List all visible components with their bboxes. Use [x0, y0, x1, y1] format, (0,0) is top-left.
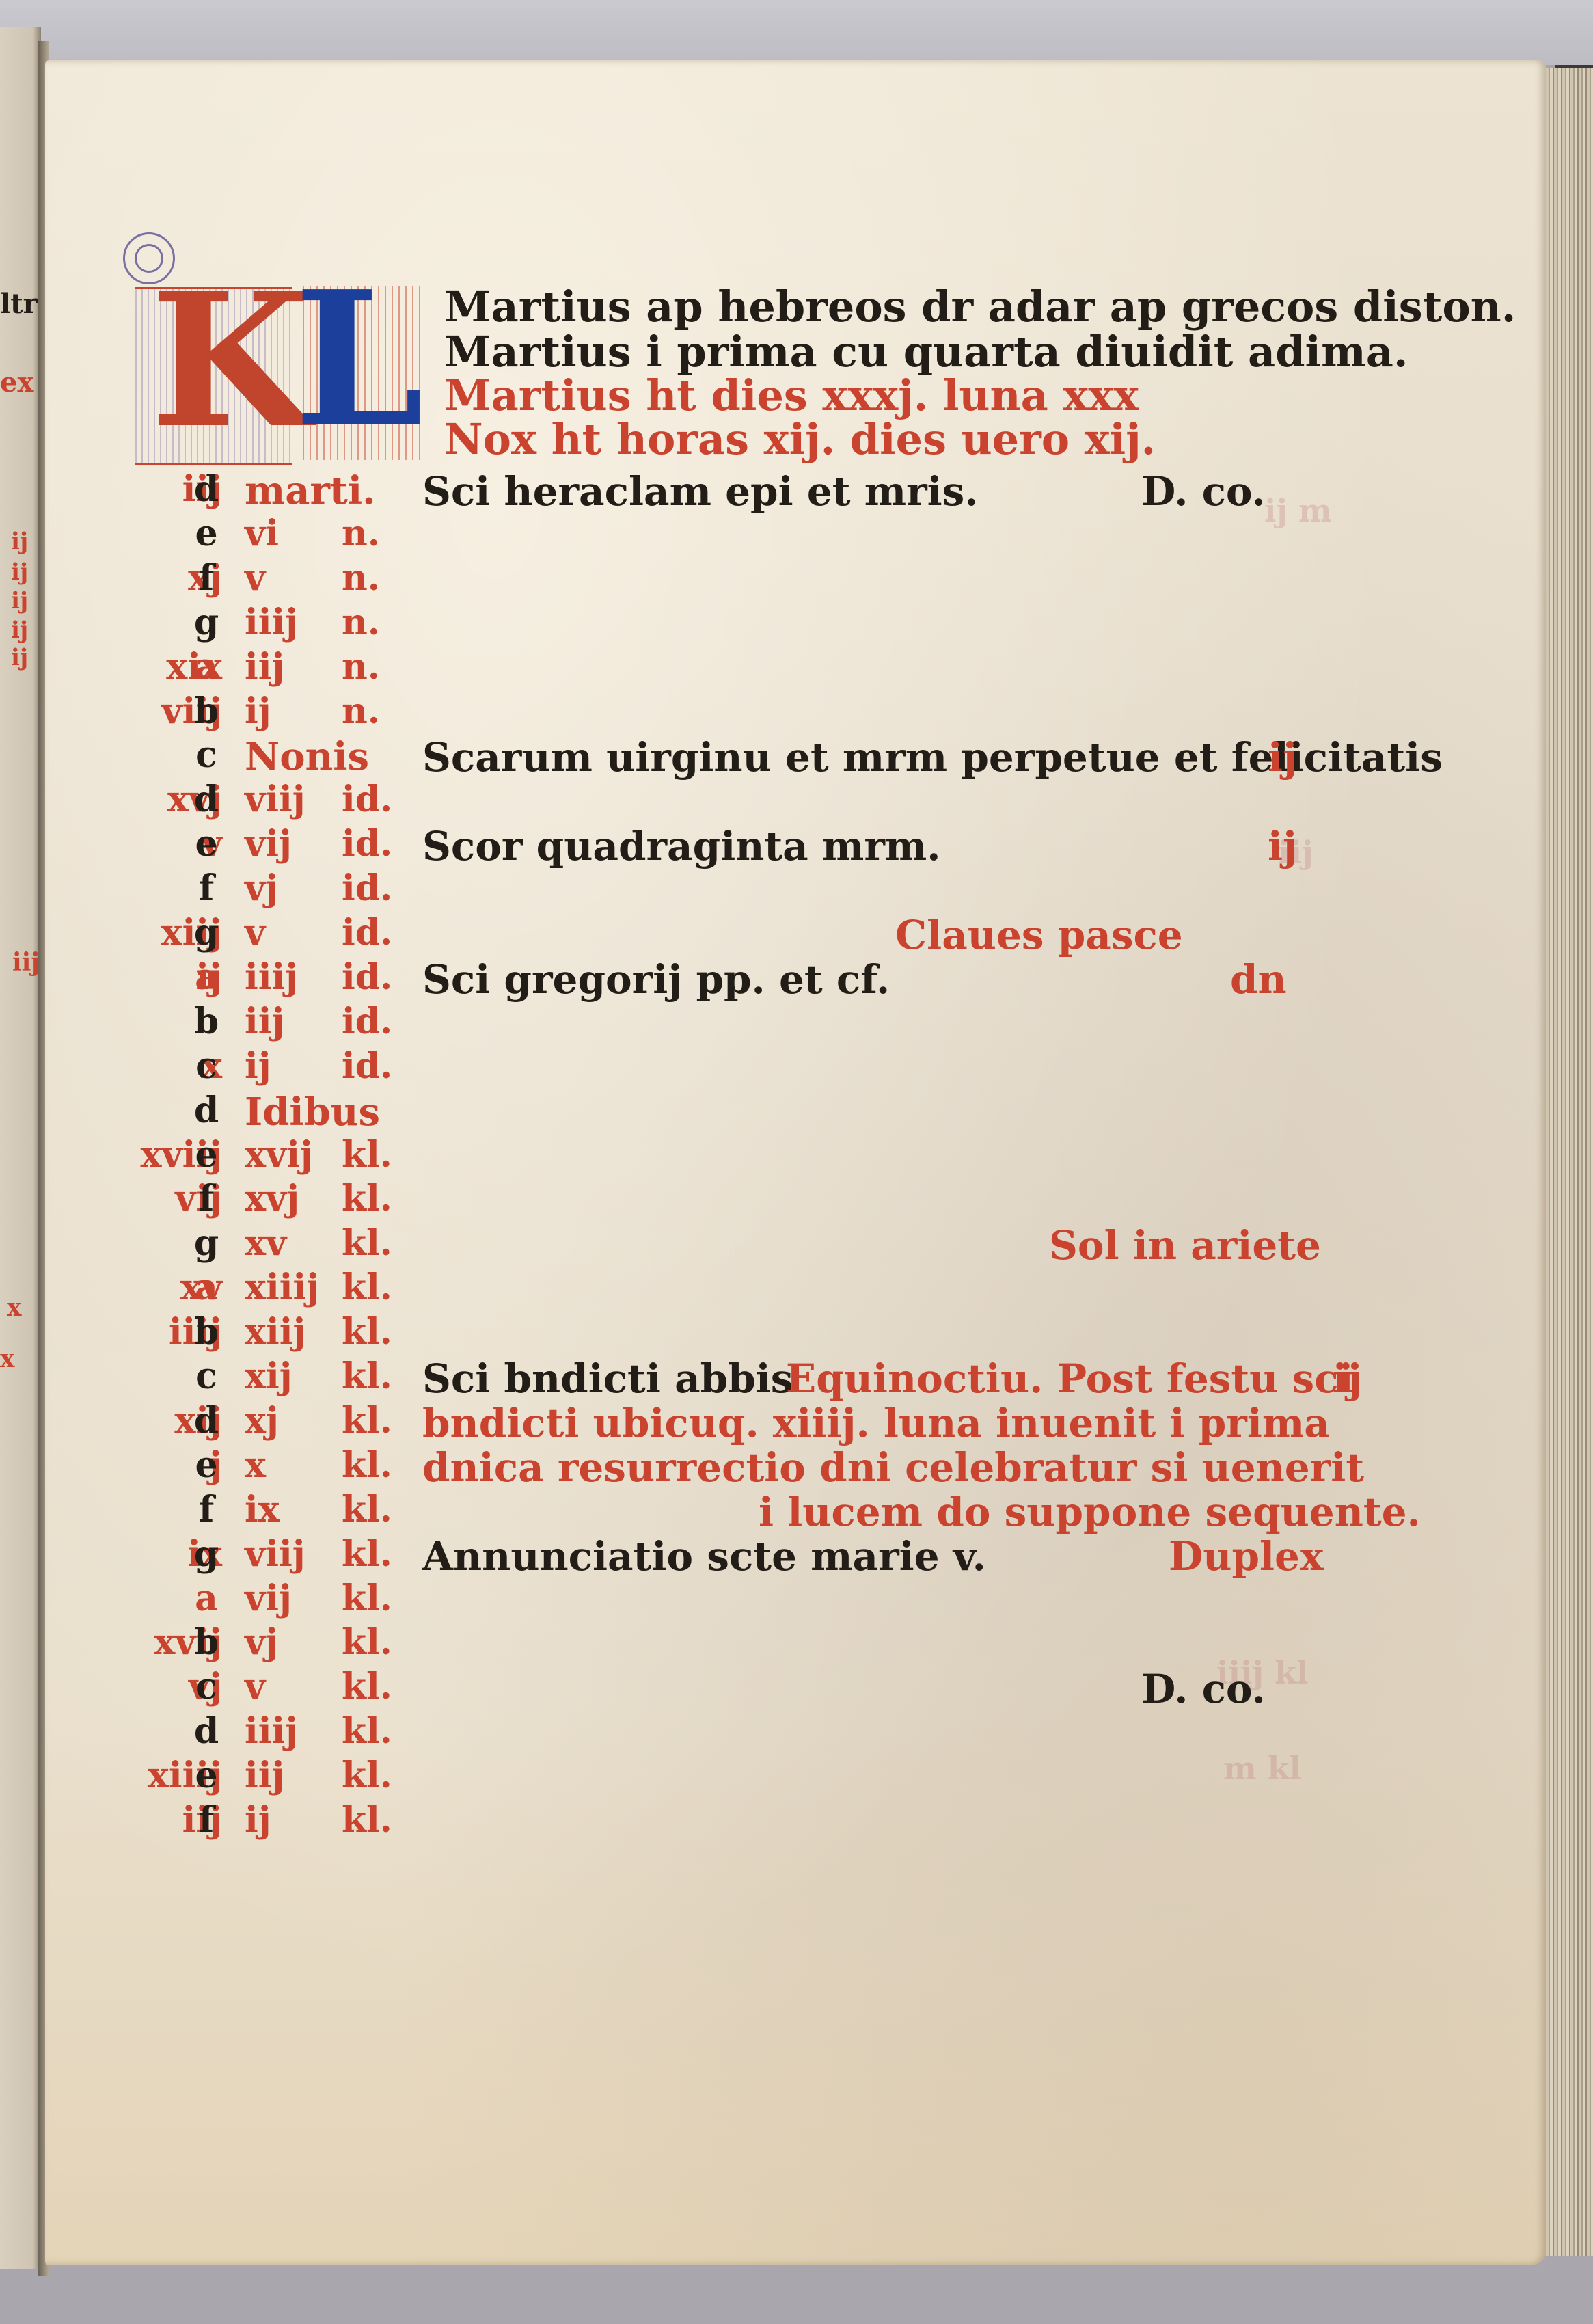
header-line-hebrew-greek: Martius ap hebreos dr adar ap grecos dis…: [444, 286, 1516, 328]
day-suffix: n.: [342, 516, 380, 552]
calendar-row: ixgviijkl.Annunciatio scte marie v.Duple…: [0, 1537, 1593, 1578]
roman-day: xj: [245, 1403, 279, 1439]
dominical-letter: f: [193, 871, 220, 906]
roman-day: xiiij: [245, 1270, 319, 1306]
roman-day: iij: [245, 1004, 284, 1040]
roman-day: viij: [245, 1537, 305, 1572]
rubric-annotation: Equinoctiu. Post festu sci: [786, 1359, 1354, 1399]
rubric-annotation: ij: [1268, 826, 1297, 866]
calendar-row: biijid.: [0, 1004, 1593, 1045]
rubric-annotation: Sol in ariete: [1049, 1226, 1321, 1265]
day-suffix: kl.: [342, 1537, 392, 1572]
calendar-row: gxvkl.Sol in ariete: [0, 1226, 1593, 1267]
day-suffix: kl.: [342, 1137, 392, 1173]
roman-day: ij: [245, 694, 271, 729]
day-suffix: id.: [342, 826, 392, 862]
calendar-row: giiijn.: [0, 605, 1593, 646]
dominical-letter: c: [193, 738, 220, 773]
photo-backdrop-top: [0, 0, 1593, 65]
day-suffix: n.: [342, 694, 380, 729]
initial-letter-k: K: [150, 268, 311, 452]
calendar-row: fvjid.: [0, 871, 1593, 912]
dominical-letter: g: [193, 605, 220, 640]
feast-entry: Sci heraclam epi et mris.: [422, 472, 979, 511]
calendar-row: iijdmarti.Sci heraclam epi et mris.D. co…: [0, 472, 1593, 513]
calendar-row: ijaiiijid.Sci gregorij pp. et cf.dn: [0, 960, 1593, 1001]
roman-day: ix: [245, 1492, 280, 1528]
roman-day: iij: [245, 1758, 284, 1794]
roman-day: vj: [245, 871, 278, 906]
day-suffix: kl.: [342, 1181, 392, 1217]
calendar-row: dIdibus: [0, 1093, 1593, 1134]
dominical-letter: a: [193, 1270, 220, 1306]
feast-entry: Annunciatio scte marie v.: [422, 1537, 986, 1576]
day-suffix: kl.: [342, 1359, 392, 1394]
calendar-row: xijdxjkl.bndicti ubicuq. xiiij. luna inu…: [0, 1403, 1593, 1444]
day-suffix: id.: [342, 960, 392, 995]
dominical-letter: g: [193, 915, 220, 951]
dominical-letter: a: [193, 1581, 220, 1617]
dominical-letter: d: [193, 472, 220, 507]
calendar-row: xvaxiiijkl.: [0, 1270, 1593, 1311]
dominical-letter: b: [193, 694, 220, 729]
calendar-row: xvjdviijid.: [0, 782, 1593, 823]
roman-day: vij: [245, 826, 292, 862]
roman-day: x: [245, 1448, 266, 1483]
rank-mark: ij: [1333, 1359, 1362, 1399]
calendar-row: vevijid.Scor quadraginta mrm.ij: [0, 826, 1593, 867]
illuminated-initial: K L: [115, 273, 429, 465]
header-line-division: Martius i prima cu quarta diuidit adima.: [444, 331, 1408, 373]
dominical-letter: c: [193, 1669, 220, 1705]
dominical-letter: g: [193, 1226, 220, 1261]
rubric-annotation: D. co.: [1141, 472, 1266, 511]
calendar-row: xjfvn.: [0, 560, 1593, 602]
dominical-letter: f: [193, 1802, 220, 1838]
day-suffix: id.: [342, 871, 392, 906]
dominical-letter: g: [193, 1537, 220, 1572]
facing-text: ex: [0, 369, 33, 396]
calendar-row: iijfijkl.: [0, 1802, 1593, 1843]
feast-entry: dnica resurrectio dni celebratur si uene…: [422, 1448, 1364, 1487]
roman-day: vi: [245, 516, 279, 552]
roman-day: vij: [245, 1581, 292, 1617]
day-suffix: kl.: [342, 1581, 392, 1617]
roman-day: viij: [245, 782, 305, 818]
dominical-letter: e: [193, 826, 220, 862]
rubric-annotation: i lucem do suppone sequente.: [759, 1492, 1421, 1532]
day-suffix: n.: [342, 560, 380, 596]
day-suffix: n.: [342, 605, 380, 640]
feast-entry: bndicti ubicuq. xiiij. luna inuenit i pr…: [422, 1403, 1330, 1443]
day-suffix: kl.: [342, 1448, 392, 1483]
dominical-letter: b: [193, 1004, 220, 1040]
calendar-row: iiijbxiijkl.: [0, 1314, 1593, 1355]
photo-backdrop-bottom: [0, 2256, 1593, 2324]
roman-day: v: [245, 1669, 265, 1705]
calendar-row: evin.: [0, 516, 1593, 557]
roman-day: xvj: [245, 1181, 299, 1217]
initial-letter-l: L: [294, 267, 424, 451]
day-suffix: id.: [342, 782, 392, 818]
roman-day: v: [245, 915, 265, 951]
dominical-letter: b: [193, 1625, 220, 1660]
dominical-letter: e: [193, 516, 220, 552]
calendar-row: xiijgvid.Claues pasce: [0, 915, 1593, 956]
day-suffix: kl.: [342, 1669, 392, 1705]
roman-day: v: [245, 560, 265, 596]
day-suffix: kl.: [342, 1226, 392, 1261]
calendar-row: avijkl.: [0, 1581, 1593, 1622]
day-suffix: kl.: [342, 1625, 392, 1660]
calendar-row: cxijkl.Sci bndicti abbisEquinoctiu. Post…: [0, 1359, 1593, 1400]
roman-day: xij: [245, 1359, 292, 1394]
dominical-letter: a: [193, 649, 220, 685]
day-suffix: kl.: [342, 1403, 392, 1439]
day-suffix: kl.: [342, 1714, 392, 1749]
calendar-row: vijfxvjkl.: [0, 1181, 1593, 1222]
dominical-letter: f: [193, 560, 220, 596]
roman-day: iiij: [245, 960, 298, 995]
header-line-days: Martius ht dies xxxj. luna xxx: [444, 375, 1139, 417]
roman-day: ij: [245, 1049, 271, 1084]
feast-entry: Sci gregorij pp. et cf.: [422, 960, 890, 999]
day-suffix: kl.: [342, 1802, 392, 1838]
dominical-letter: c: [193, 1359, 220, 1394]
calendar-row: xcijid.: [0, 1049, 1593, 1090]
calendar-row: xviijexvijkl.: [0, 1137, 1593, 1178]
roman-day: vj: [245, 1625, 278, 1660]
day-suffix: kl.: [342, 1314, 392, 1350]
dominical-letter: b: [193, 1314, 220, 1350]
rubric-annotation: Duplex: [1169, 1537, 1324, 1576]
roman-day: marti.: [245, 472, 376, 510]
day-suffix: kl.: [342, 1492, 392, 1528]
roman-day: xv: [245, 1226, 286, 1261]
roman-day: iiij: [245, 605, 298, 640]
dominical-letter: f: [193, 1492, 220, 1528]
dominical-letter: c: [193, 1049, 220, 1084]
calendar-row: xixaiijn.: [0, 649, 1593, 690]
dominical-letter: e: [193, 1448, 220, 1483]
roman-day: xiij: [245, 1314, 305, 1350]
rubric-annotation: Claues pasce: [895, 915, 1183, 955]
roman-day: iij: [245, 649, 284, 685]
day-suffix: id.: [342, 915, 392, 951]
roman-day: Idibus: [245, 1093, 380, 1131]
roman-day: ij: [245, 1802, 271, 1838]
day-suffix: id.: [342, 1004, 392, 1040]
feast-entry: Sci bndicti abbis: [422, 1359, 793, 1399]
day-suffix: kl.: [342, 1270, 392, 1306]
dominical-letter: f: [193, 1181, 220, 1217]
calendar-row: diiijkl.: [0, 1714, 1593, 1755]
rubric-annotation: dn: [1230, 960, 1287, 999]
calendar-row: xiiijeiijkl.: [0, 1758, 1593, 1799]
dominical-letter: a: [193, 960, 220, 995]
roman-day: xvij: [245, 1137, 313, 1173]
dominical-letter: d: [193, 1714, 220, 1749]
calendar-row: jexkl.dnica resurrectio dni celebratur s…: [0, 1448, 1593, 1489]
dominical-letter: d: [193, 1093, 220, 1129]
day-suffix: n.: [342, 649, 380, 685]
calendar-row: xvijbvjkl.: [0, 1625, 1593, 1666]
day-suffix: id.: [342, 1049, 392, 1084]
calendar-row: vjcvkl.D. co.: [0, 1669, 1593, 1710]
rubric-annotation: D. co.: [1141, 1669, 1266, 1709]
header-line-hours: Nox ht horas xij. dies uero xij.: [444, 418, 1156, 461]
dominical-letter: d: [193, 1403, 220, 1439]
calendar-row: viijbijn.: [0, 694, 1593, 735]
calendar-row: fixkl.i lucem do suppone sequente.: [0, 1492, 1593, 1533]
dominical-letter: d: [193, 782, 220, 818]
feast-entry: Scor quadraginta mrm.: [422, 826, 940, 866]
dominical-letter: e: [193, 1758, 220, 1794]
roman-day: iiij: [245, 1714, 298, 1749]
dominical-letter: e: [193, 1137, 220, 1173]
calendar-row: cNonisScarum uirginu et mrm perpetue et …: [0, 738, 1593, 779]
day-suffix: kl.: [342, 1758, 392, 1794]
roman-day: Nonis: [245, 738, 369, 776]
rubric-annotation: ij: [1268, 738, 1297, 777]
